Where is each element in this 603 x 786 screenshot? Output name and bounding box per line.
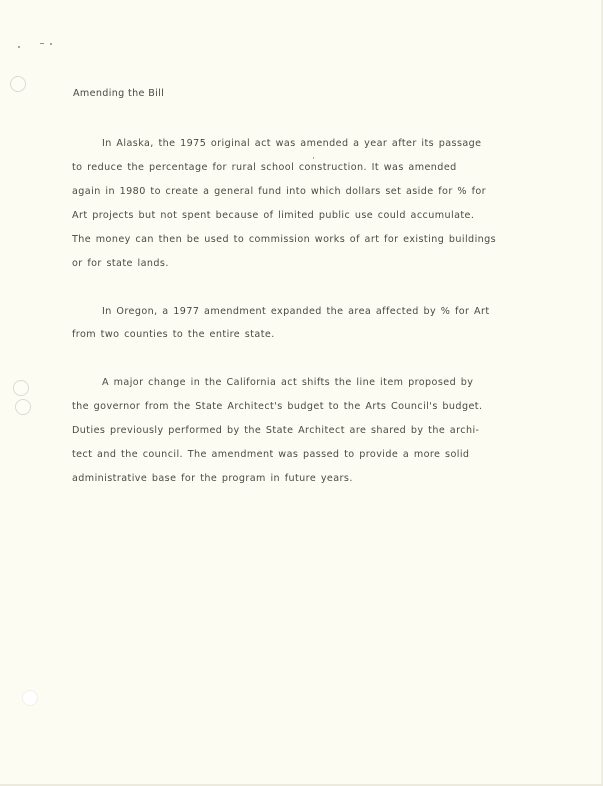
paragraph-line: to reduce the percentage for rural schoo… [72,162,457,173]
paragraph-line: tect and the council. The amendment was … [72,449,469,460]
binder-hole-middle-upper [13,380,29,396]
paper-speck [313,157,314,159]
paragraph-line: the governor from the State Architect's … [72,401,482,412]
document-title: Amending the Bill [73,88,164,99]
paragraph-line: In Oregon, a 1977 amendment expanded the… [102,306,490,317]
paragraph-line: Art projects but not spent because of li… [72,210,474,221]
paragraph-line: again in 1980 to create a general fund i… [72,186,486,197]
paper-speck [18,46,20,48]
paragraph-line: A major change in the California act shi… [102,377,473,388]
paragraph-line: or for state lands. [72,258,169,269]
binder-hole-middle-lower [15,399,31,415]
paper-speck [50,43,52,45]
binder-hole-bottom [22,690,38,706]
paper-speck [40,43,44,44]
paragraph-line: Duties previously performed by the State… [72,425,479,436]
paragraph-line: In Alaska, the 1975 original act was ame… [102,138,482,149]
paragraph-line: administrative base for the program in f… [72,473,353,484]
paragraph-line: from two counties to the entire state. [72,329,275,340]
paragraph-line: The money can then be used to commission… [72,234,496,245]
binder-hole-top [10,76,26,92]
document-page: Amending the Bill In Alaska, the 1975 or… [0,0,603,786]
